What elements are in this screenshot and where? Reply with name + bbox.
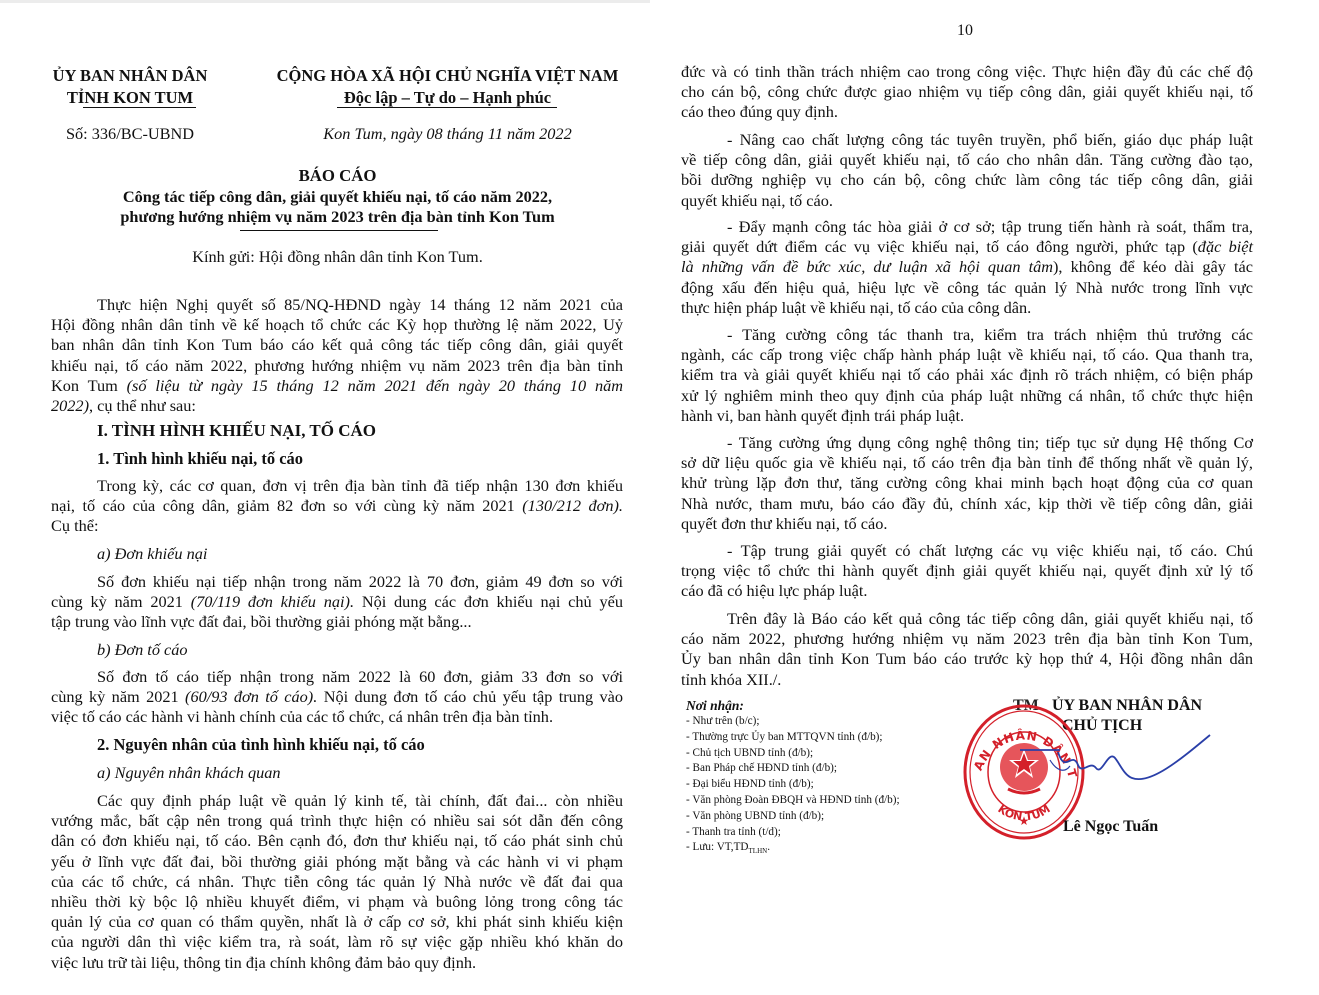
document-title-line2: phương hướng nhiệm vụ năm 2023 trên địa … xyxy=(0,207,675,227)
paragraph-legal-education: - Nâng cao chất lượng công tác tuyên tru… xyxy=(681,130,1253,211)
document-page-left: ỦY BAN NHÂN DÂN TỈNH KON TUM CỘNG HÒA XÃ… xyxy=(0,0,650,995)
paragraph-staff-regime: đức và có tinh thần trách nhiệm cao tron… xyxy=(681,62,1253,123)
place-and-date: Kon Tum, ngày 08 tháng 11 năm 2022 xyxy=(270,124,625,144)
complaints-summary-paragraph: Trong kỳ, các cơ quan, đơn vị trên địa b… xyxy=(51,476,623,537)
subheading-complaints: a) Đơn khiếu nại xyxy=(97,544,207,564)
org-underline xyxy=(83,107,196,108)
national-motto: Độc lập – Tự do – Hạnh phúc xyxy=(270,87,625,109)
subheading-objective-causes: a) Nguyên nhân khách quan xyxy=(97,763,281,783)
issuing-org-line1: ỦY BAN NHÂN DÂN xyxy=(40,65,220,87)
page-number: 10 xyxy=(957,22,973,40)
handwritten-signature xyxy=(1020,730,1220,800)
recipient-item: - Chủ tịch UBND tỉnh (đ/b); xyxy=(686,746,900,762)
subheading-denunciations: b) Đơn tố cáo xyxy=(97,640,188,660)
recipient-item: - Đại biểu HĐND tỉnh (đ/b); xyxy=(686,777,900,793)
paragraph-conclusion: Trên đây là Báo cáo kết quả công tác tiế… xyxy=(681,609,1253,690)
recipients-title: Nơi nhận: xyxy=(686,697,900,714)
recipient-item: - Thường trực Ủy ban MTTQVN tỉnh (đ/b); xyxy=(686,730,900,746)
denunciations-paragraph: Số đơn tố cáo tiếp nhận trong năm 2022 l… xyxy=(51,667,623,728)
complaints-paragraph: Số đơn khiếu nại tiếp nhận trong năm 202… xyxy=(51,572,623,633)
recipient-item-archive: - Lưu: VT,TDTLHN. xyxy=(686,840,900,860)
motto-underline xyxy=(337,107,557,108)
recipient-item: - Ban Pháp chế HĐND tỉnh (đ/b); xyxy=(686,761,900,777)
svg-text:★: ★ xyxy=(1019,814,1030,828)
intro-paragraph: Thực hiện Nghị quyết số 85/NQ-HĐND ngày … xyxy=(51,295,623,416)
recipient-item: - Thanh tra tỉnh (t/d); xyxy=(686,825,900,841)
signer-name: Lê Ngọc Tuấn xyxy=(1063,818,1158,836)
paragraph-it-application: - Tăng cường ứng dụng công nghệ thông ti… xyxy=(681,433,1253,534)
issuing-org-line2: TỈNH KON TUM xyxy=(40,87,220,109)
section-heading-1: I. TÌNH HÌNH KHIẾU NẠI, TỐ CÁO xyxy=(97,421,376,441)
paragraph-resolution-quality: - Tập trung giải quyết có chất lượng các… xyxy=(681,541,1253,602)
subsection-heading-2: 2. Nguyên nhân của tình hình khiếu nại, … xyxy=(97,735,425,755)
objective-causes-paragraph: Các quy định pháp luật về quản lý kinh t… xyxy=(51,791,623,973)
nation-title: CỘNG HÒA XÃ HỘI CHỦ NGHĨA VIỆT NAM xyxy=(270,65,625,87)
document-type: BÁO CÁO xyxy=(0,166,675,186)
document-number: Số: 336/BC-UBND xyxy=(40,124,220,144)
recipient-item: - Văn phòng Đoàn ĐBQH và HĐND tỉnh (đ/b)… xyxy=(686,793,900,809)
recipients-list: Nơi nhận: - Như trên (b/c); - Thường trự… xyxy=(686,697,900,860)
recipient-item: - Văn phòng UBND tỉnh (đ/b); xyxy=(686,809,900,825)
document-title-line1: Công tác tiếp công dân, giải quyết khiếu… xyxy=(0,187,675,207)
recipient-item: - Như trên (b/c); xyxy=(686,714,900,730)
paragraph-mediation: - Đẩy mạnh công tác hòa giải ở cơ sở; tậ… xyxy=(681,217,1253,318)
subsection-heading-1: 1. Tình hình khiếu nại, tố cáo xyxy=(97,449,303,469)
addressee: Kính gửi: Hội đồng nhân dân tỉnh Kon Tum… xyxy=(0,247,675,267)
paragraph-inspection: - Tăng cường công tác thanh tra, kiểm tr… xyxy=(681,325,1253,426)
title-underline xyxy=(240,230,438,231)
